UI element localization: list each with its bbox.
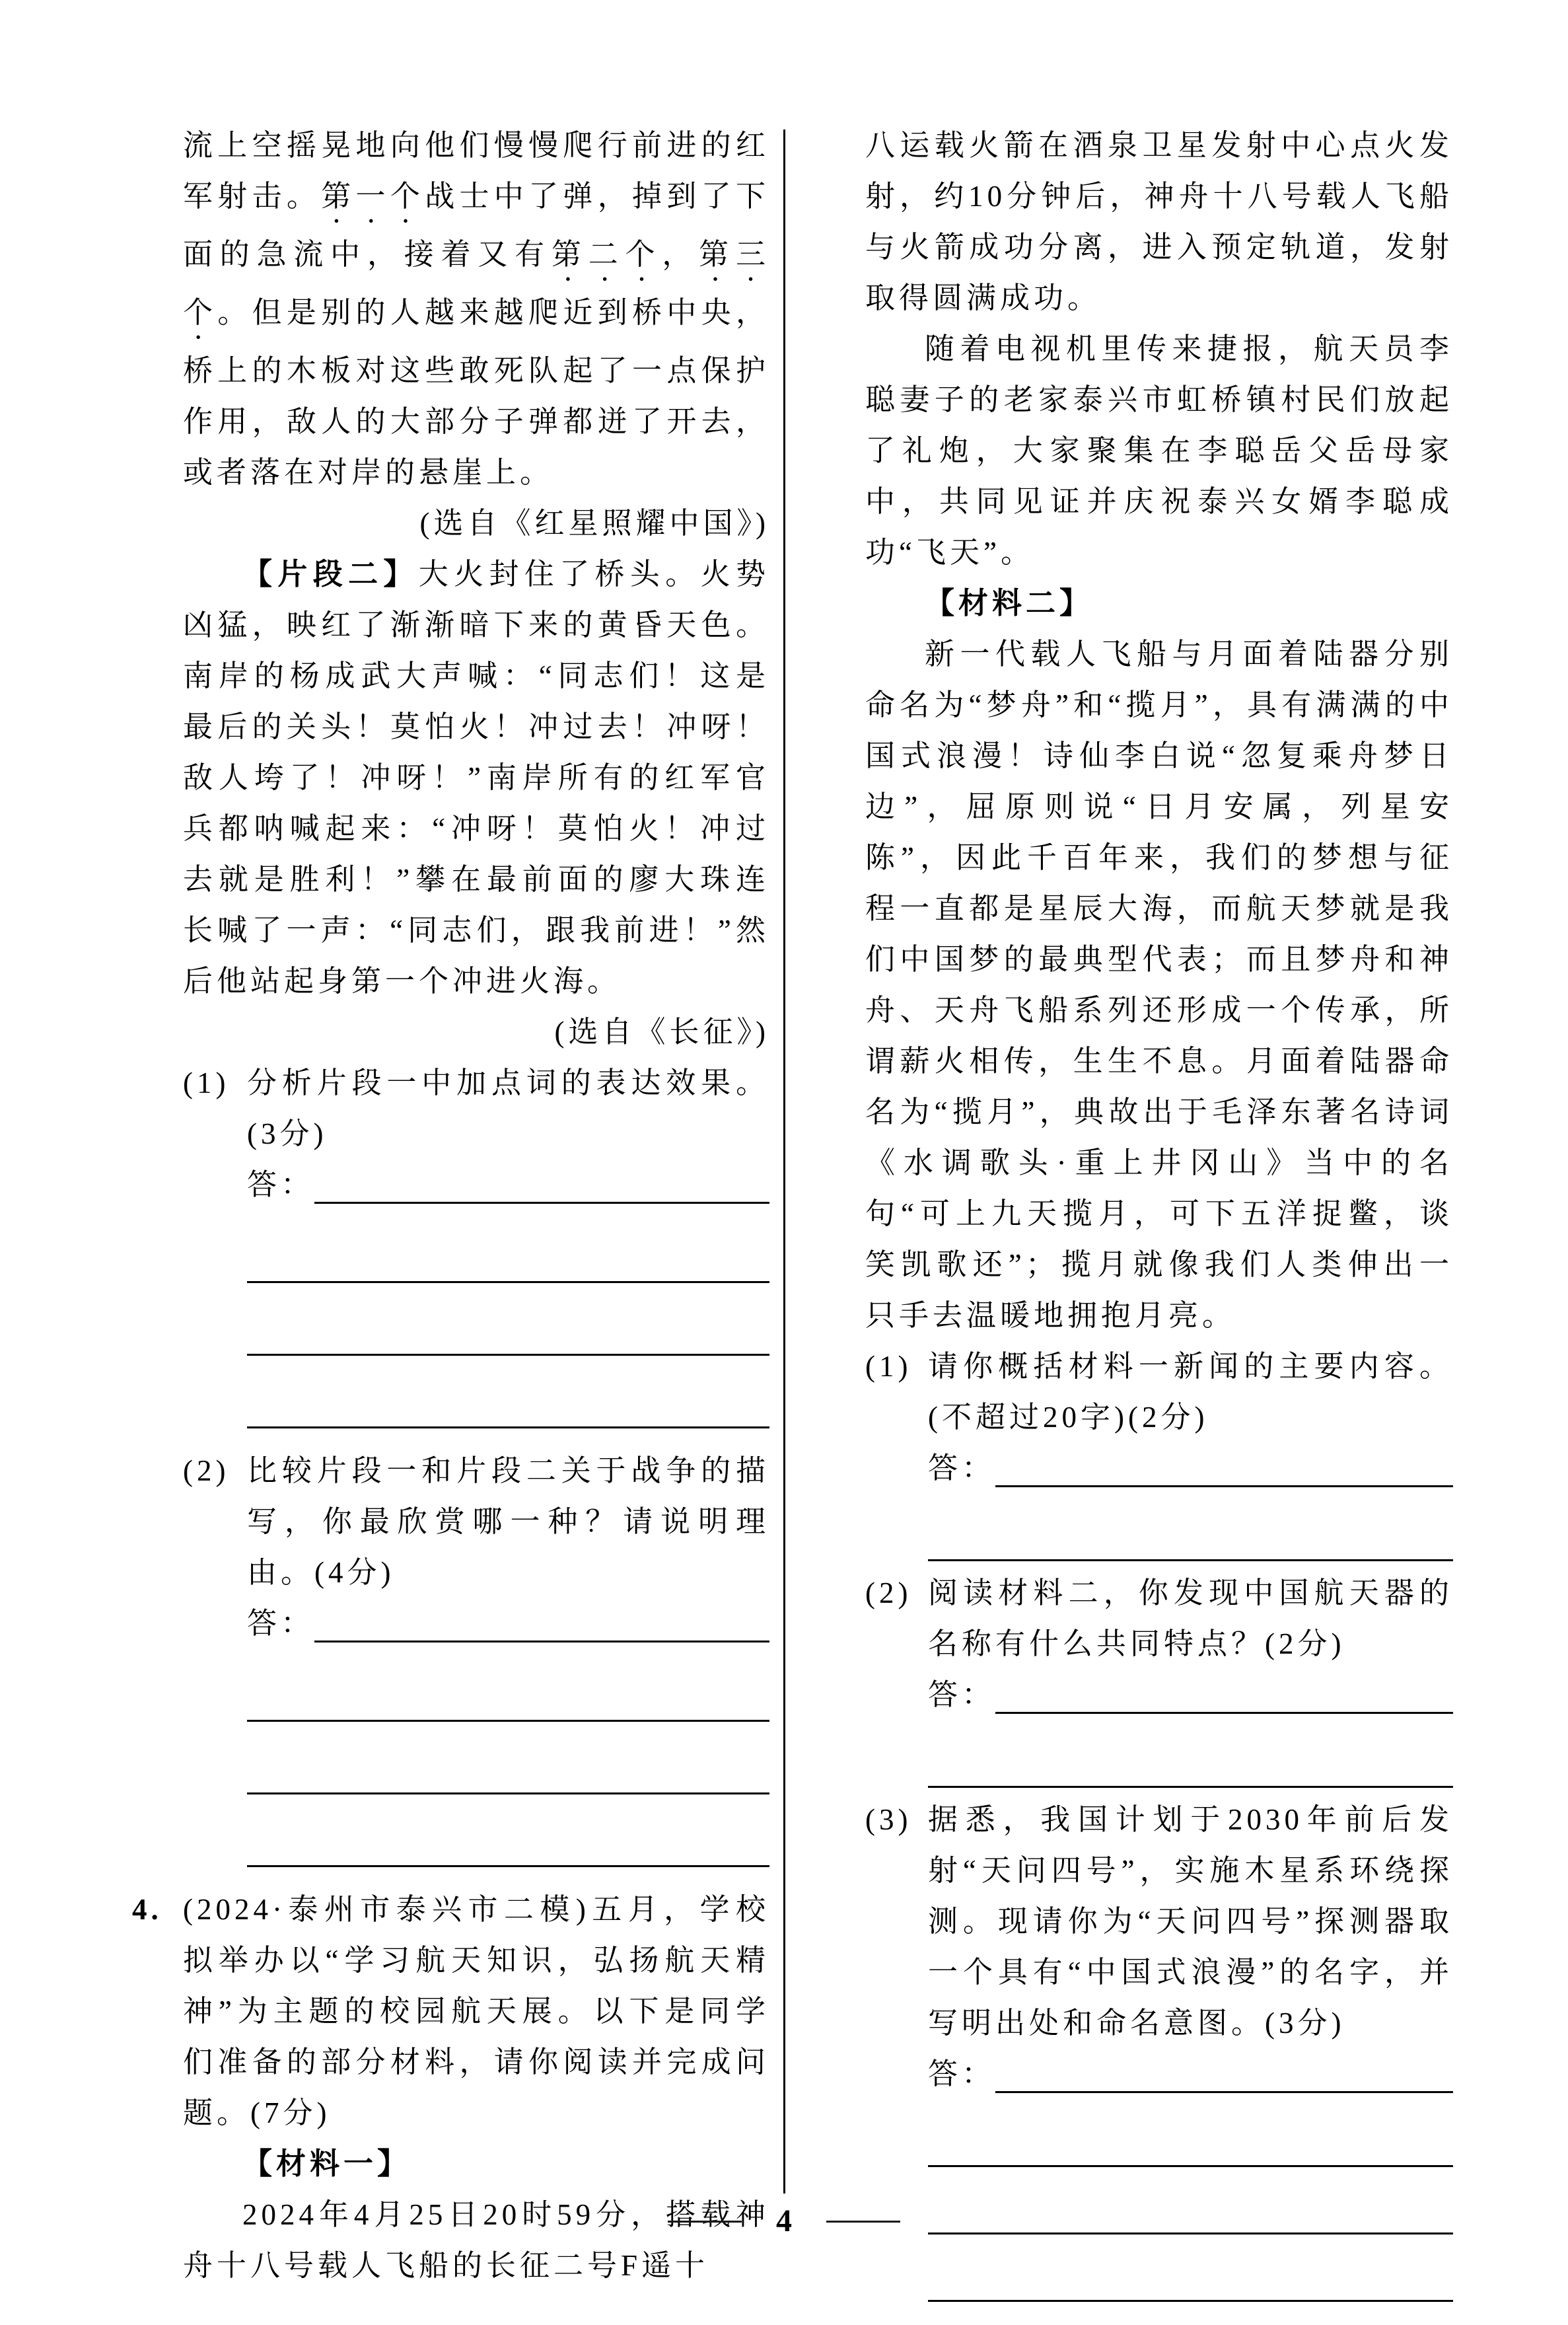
blank-answer-line	[247, 1376, 769, 1428]
material-1-heading: 【材料一】	[183, 2139, 769, 2190]
question-1-text: 分析片段一中加点词的表达效果。(3分)	[247, 1058, 769, 1160]
blank-answer-line	[247, 1669, 769, 1722]
fragment2-text: 大火封住了桥头。火势凶猛，映红了渐渐暗下来的黄昏天色。南岸的杨成武大声喊：“同志…	[183, 558, 769, 998]
answer-line	[995, 1443, 1453, 1487]
blank-answer-line	[247, 1814, 769, 1867]
answer-line	[314, 1160, 769, 1204]
answer-line	[314, 1598, 769, 1642]
answer-line	[995, 2049, 1453, 2093]
question-4-text: (2024·泰州市泰兴市二模)五月，学校拟举办以“学习航天知识，弘扬航天精神”为…	[183, 1884, 769, 2139]
right-question-3-label: (3)	[865, 1794, 928, 1845]
worksheet-page: 流上空摇晃地向他们慢慢爬行前进的红军射击。第一个战士中了弹，掉到了下面的急流中，…	[0, 0, 1568, 2325]
question-4-number: 4.	[132, 1884, 183, 1935]
blank-answer-line	[247, 1303, 769, 1356]
question-2-label: (2)	[183, 1446, 247, 1496]
right-column: 八运载火箭在酒泉卫星发射中心点火发射，约10分钟后，神舟十八号载人飞船与火箭成功…	[865, 120, 1453, 2308]
page-number: 4	[776, 2201, 792, 2241]
fragment1-continuation-paragraph: 流上空摇晃地向他们慢慢爬行前进的红军射击。第一个战士中了弹，掉到了下面的急流中，…	[183, 120, 769, 498]
right-question-2: (2) 阅读材料二，你发现中国航天器的名称有什么共同特点？(2分) 答：	[865, 1568, 1453, 1794]
answer-prefix: 答：	[247, 1160, 314, 1210]
answer-prefix: 答：	[247, 1598, 314, 1649]
left-column: 流上空摇晃地向他们慢慢爬行前进的红军射击。第一个战士中了弹，掉到了下面的急流中，…	[132, 120, 769, 2291]
blank-answer-line	[247, 1742, 769, 1794]
answer-prefix: 答：	[928, 1443, 995, 1494]
material-1-paragraph-2: 随着电视机里传来捷报，航天员李聪妻子的老家泰兴市虹桥镇村民们放起了礼炮，大家聚集…	[865, 324, 1453, 578]
question-2-answer-area: 答：	[247, 1598, 769, 1867]
answer-row: 答：	[928, 1670, 1453, 1720]
right-question-3-answer-area: 答：	[928, 2049, 1453, 2302]
right-question-1-answer-area: 答：	[928, 1443, 1453, 1561]
answer-line	[995, 1670, 1453, 1714]
material-2-heading: 【材料二】	[865, 578, 1453, 629]
right-question-1-label: (1)	[865, 1341, 928, 1392]
answer-row: 答：	[928, 1443, 1453, 1494]
material-2-paragraph: 新一代载人飞船与月面着陆器分别命名为“梦舟”和“揽月”，具有满满的中国式浪漫！诗…	[865, 629, 1453, 1341]
page-footer: 4	[0, 2201, 1568, 2241]
blank-answer-line	[928, 1735, 1453, 1788]
right-question-1-text: 请你概括材料一新闻的主要内容。(不超过20字)(2分)	[928, 1341, 1453, 1443]
question-1-body: 分析片段一中加点词的表达效果。(3分) 答：	[247, 1058, 769, 1446]
right-question-1-body: 请你概括材料一新闻的主要内容。(不超过20字)(2分) 答：	[928, 1341, 1453, 1568]
right-question-2-label: (2)	[865, 1568, 928, 1619]
right-question-3-text: 据悉，我国计划于2030年前后发射“天问四号”，实施木星系环绕探测。现请你为“天…	[928, 1794, 1453, 2049]
answer-prefix: 答：	[928, 1670, 995, 1720]
right-question-2-text: 阅读材料二，你发现中国航天器的名称有什么共同特点？(2分)	[928, 1568, 1453, 1670]
fragment1-source: (选自《红星照耀中国》)	[183, 498, 769, 549]
blank-answer-line	[247, 1230, 769, 1283]
question-2: (2) 比较片段一和片段二关于战争的描写，你最欣赏哪一种？请说明理由。(4分) …	[183, 1446, 769, 1884]
blank-answer-line	[928, 1508, 1453, 1561]
question-1: (1) 分析片段一中加点词的表达效果。(3分) 答：	[183, 1058, 769, 1446]
fragment2-label: 【片段二】	[242, 558, 419, 591]
answer-row: 答：	[928, 2049, 1453, 2100]
fragment2-source: (选自《长征》)	[183, 1007, 769, 1058]
column-divider-rule	[783, 129, 785, 2194]
footer-rule-left	[668, 2221, 742, 2223]
blank-answer-line	[928, 2249, 1453, 2302]
blank-answer-line	[928, 2114, 1453, 2167]
answer-row: 答：	[247, 1598, 769, 1649]
question-2-text: 比较片段一和片段二关于战争的描写，你最欣赏哪一种？请说明理由。(4分)	[247, 1446, 769, 1598]
fragment2-paragraph: 【片段二】大火封住了桥头。火势凶猛，映红了渐渐暗下来的黄昏天色。南岸的杨成武大声…	[183, 549, 769, 1007]
answer-prefix: 答：	[928, 2049, 995, 2100]
right-question-2-answer-area: 答：	[928, 1670, 1453, 1788]
question-1-answer-area: 答：	[247, 1160, 769, 1428]
answer-row: 答：	[247, 1160, 769, 1210]
right-question-1: (1) 请你概括材料一新闻的主要内容。(不超过20字)(2分) 答：	[865, 1341, 1453, 1568]
right-question-2-body: 阅读材料二，你发现中国航天器的名称有什么共同特点？(2分) 答：	[928, 1568, 1453, 1794]
question-2-body: 比较片段一和片段二关于战争的描写，你最欣赏哪一种？请说明理由。(4分) 答：	[247, 1446, 769, 1884]
question-1-label: (1)	[183, 1058, 247, 1109]
footer-rule-right	[826, 2221, 900, 2223]
material-1-continuation-paragraph: 八运载火箭在酒泉卫星发射中心点火发射，约10分钟后，神舟十八号载人飞船与火箭成功…	[865, 120, 1453, 324]
